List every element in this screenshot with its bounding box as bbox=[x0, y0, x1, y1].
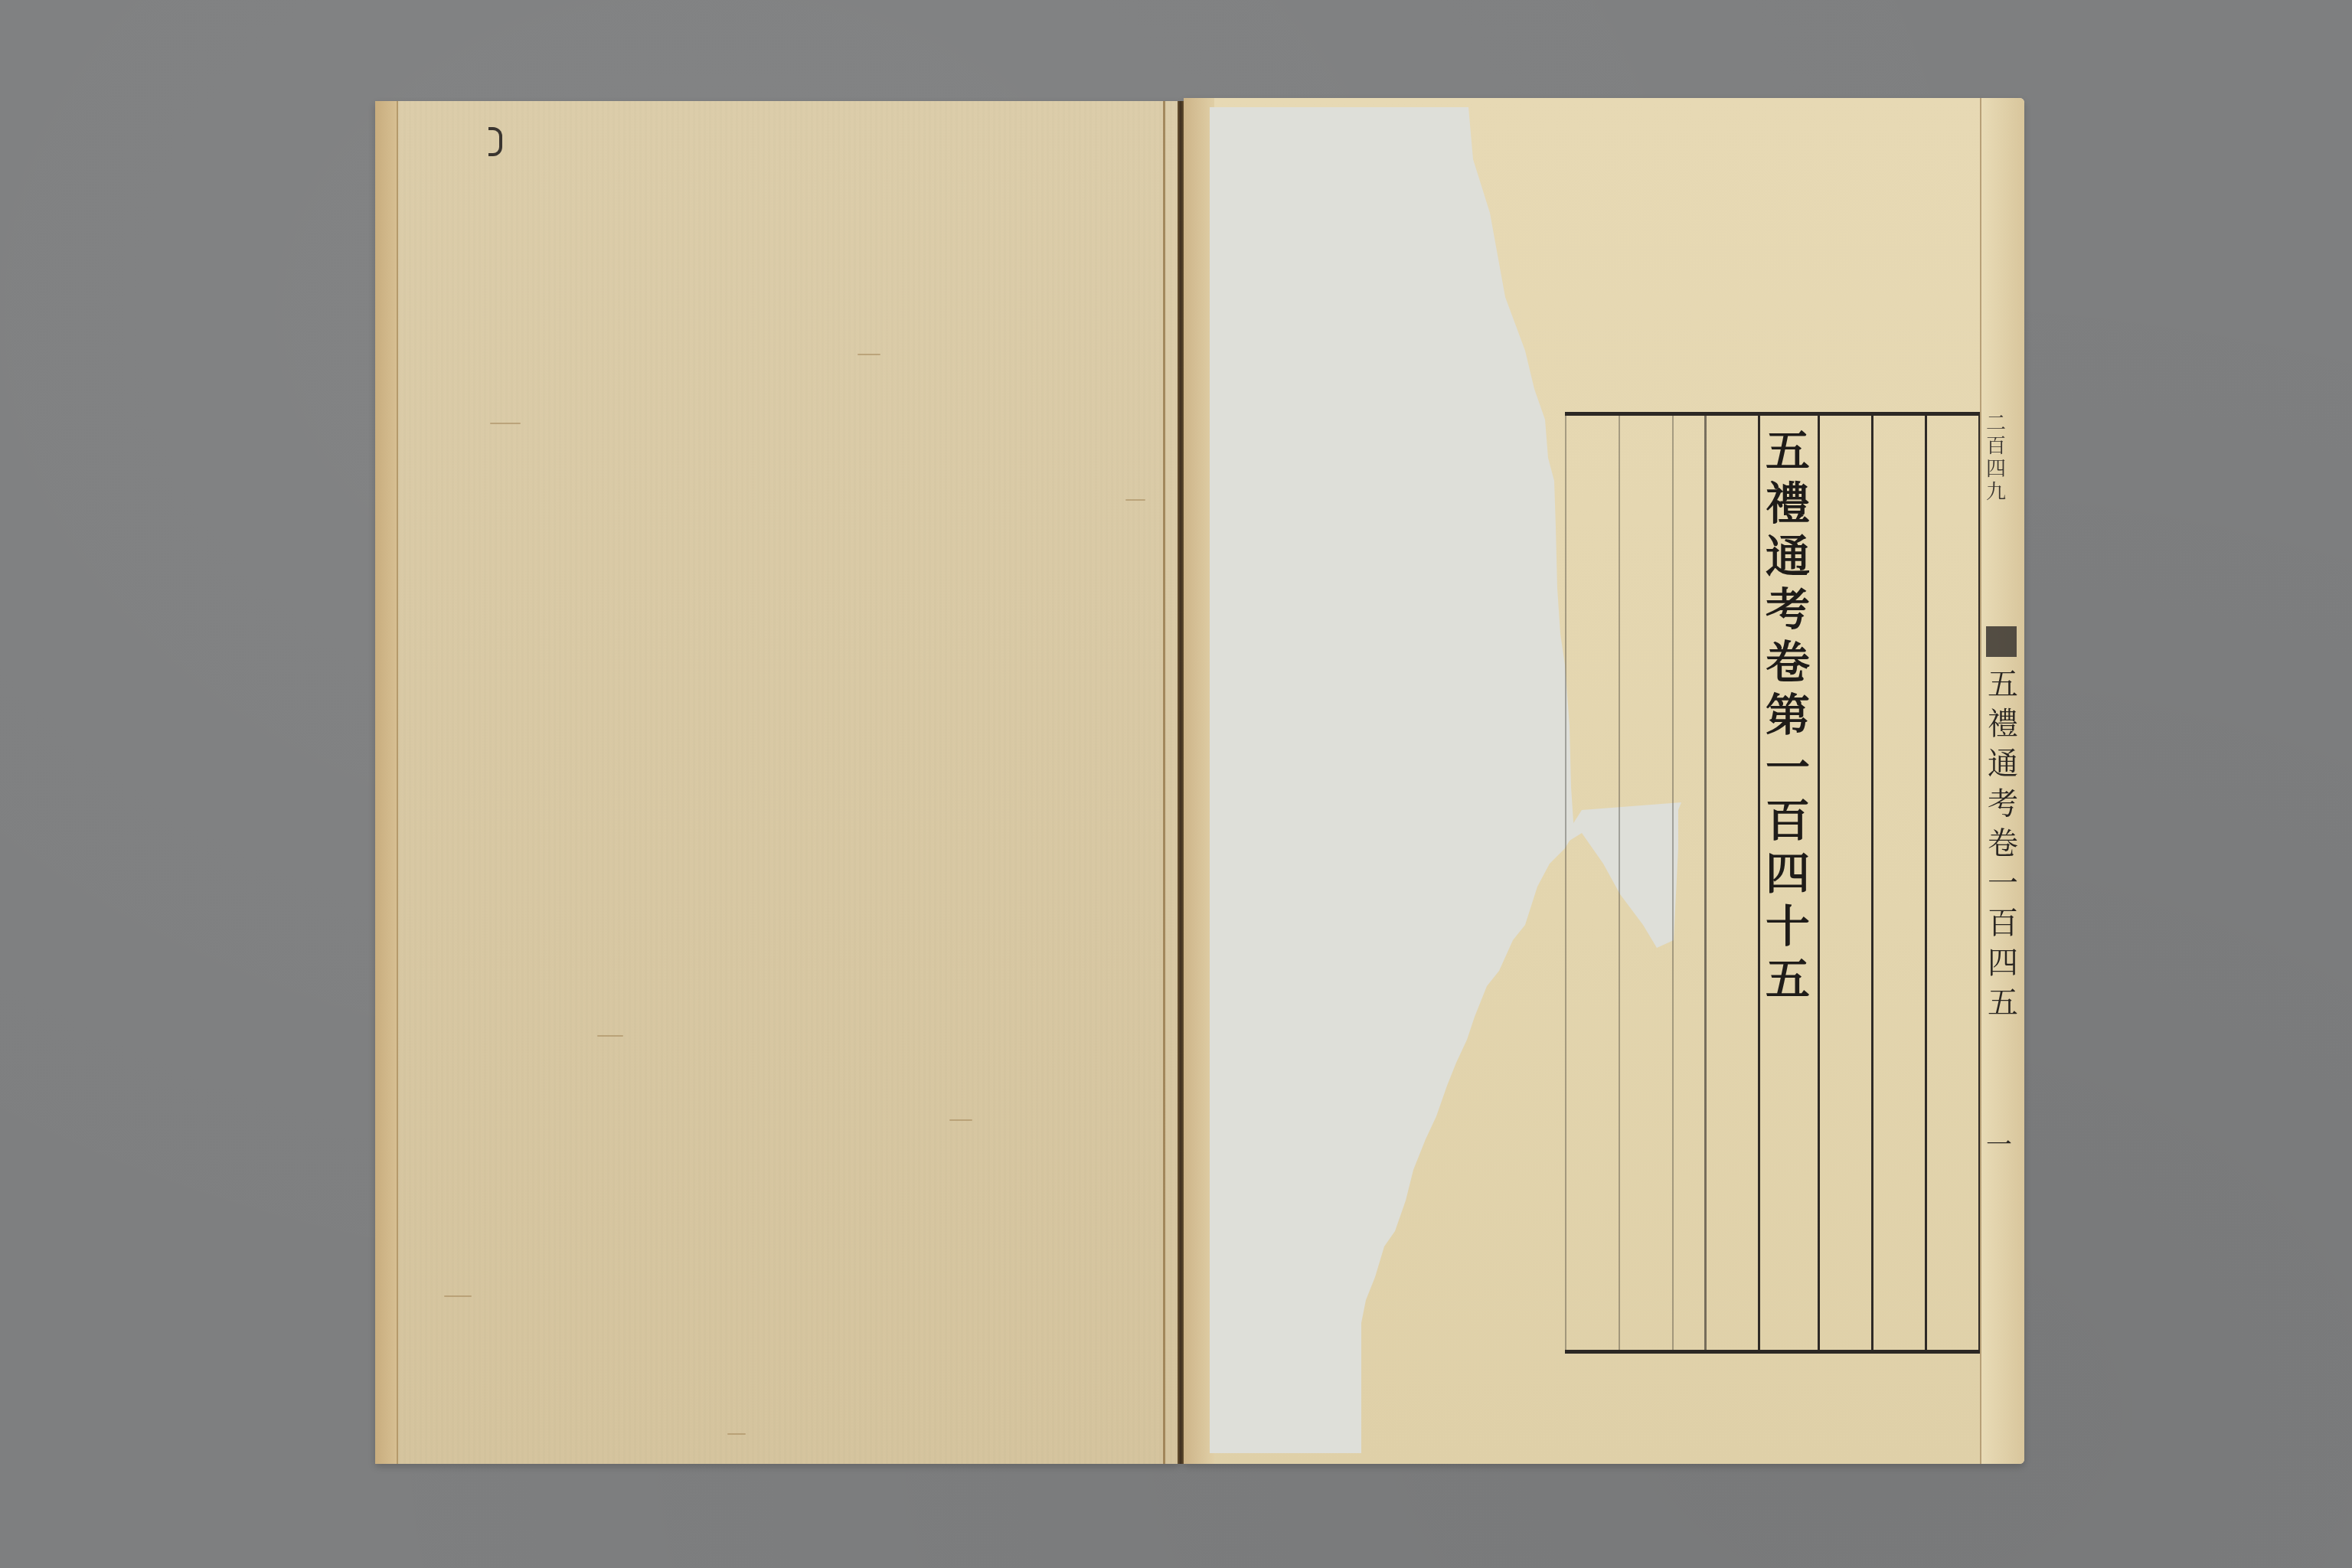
column-rule bbox=[1704, 416, 1707, 1350]
fish-tail-mark-icon bbox=[1986, 626, 2017, 657]
title-char: 五 bbox=[1766, 953, 1810, 1006]
edge-title-char: 禮 bbox=[1988, 704, 2018, 744]
title-char: 禮 bbox=[1766, 478, 1810, 531]
left-page-blank-leaf bbox=[375, 101, 1179, 1464]
column-rule bbox=[1871, 416, 1873, 1350]
title-char: 十 bbox=[1766, 900, 1810, 953]
column-rule bbox=[1758, 416, 1760, 1350]
edge-title-char: 一 bbox=[1988, 864, 2018, 903]
right-page-title-leaf: 五 禮 通 考 卷 第 一 百 四 十 五 二 百 四 九 五 禮 通 考 卷 … bbox=[1184, 98, 2024, 1464]
edge-title-char: 五 bbox=[1988, 983, 2018, 1023]
title-char: 一 bbox=[1766, 742, 1810, 795]
left-page-paper bbox=[398, 101, 1179, 1464]
book-gutter bbox=[1178, 101, 1184, 1464]
folio-number: 一 bbox=[1986, 1124, 2012, 1161]
volume-title-column: 五 禮 通 考 卷 第 一 百 四 十 五 bbox=[1762, 425, 1813, 1006]
title-char: 百 bbox=[1766, 795, 1810, 848]
title-char: 四 bbox=[1766, 848, 1810, 900]
title-char: 五 bbox=[1766, 425, 1810, 478]
left-page-fold-line bbox=[1163, 101, 1165, 1464]
title-char: 卷 bbox=[1766, 636, 1810, 689]
paper-fiber bbox=[1125, 499, 1145, 501]
column-rule bbox=[1672, 416, 1674, 1350]
left-page-edge-strip bbox=[375, 101, 398, 1464]
paper-fiber bbox=[727, 1433, 746, 1435]
number-char: 九 bbox=[1986, 481, 2006, 504]
number-char: 二 bbox=[1986, 412, 2006, 435]
paper-fiber bbox=[490, 423, 521, 424]
edge-title-char: 卷 bbox=[1988, 824, 2018, 864]
column-rule bbox=[1818, 416, 1820, 1350]
edge-title-char: 考 bbox=[1988, 784, 2018, 824]
number-char: 四 bbox=[1986, 458, 2006, 481]
paper-fiber bbox=[857, 354, 880, 355]
title-char: 考 bbox=[1766, 583, 1810, 636]
paper-fiber bbox=[597, 1035, 623, 1037]
column-rule bbox=[1565, 416, 1566, 1350]
number-char: 百 bbox=[1986, 435, 2006, 458]
column-rule bbox=[1925, 416, 1927, 1350]
edge-title-char: 四 bbox=[1988, 943, 2018, 983]
fore-edge-title: 五 禮 通 考 卷 一 百 四 五 bbox=[1984, 665, 2021, 1023]
edge-title-char: 通 bbox=[1988, 744, 2018, 784]
paper-fiber bbox=[949, 1119, 972, 1121]
column-rule bbox=[1619, 416, 1620, 1350]
edge-title-char: 五 bbox=[1988, 665, 2018, 704]
title-char: 第 bbox=[1766, 689, 1810, 742]
printed-border-frame: 五 禮 通 考 卷 第 一 百 四 十 五 bbox=[1565, 412, 1986, 1354]
fore-edge-top-number: 二 百 四 九 bbox=[1986, 412, 2006, 504]
wormhole-mark bbox=[488, 127, 502, 156]
fore-edge-center-strip: 二 百 四 九 五 禮 通 考 卷 一 百 四 五 一 bbox=[1980, 98, 2024, 1464]
title-char: 通 bbox=[1766, 531, 1810, 583]
edge-title-char: 百 bbox=[1988, 903, 2018, 943]
paper-fiber bbox=[444, 1295, 472, 1297]
